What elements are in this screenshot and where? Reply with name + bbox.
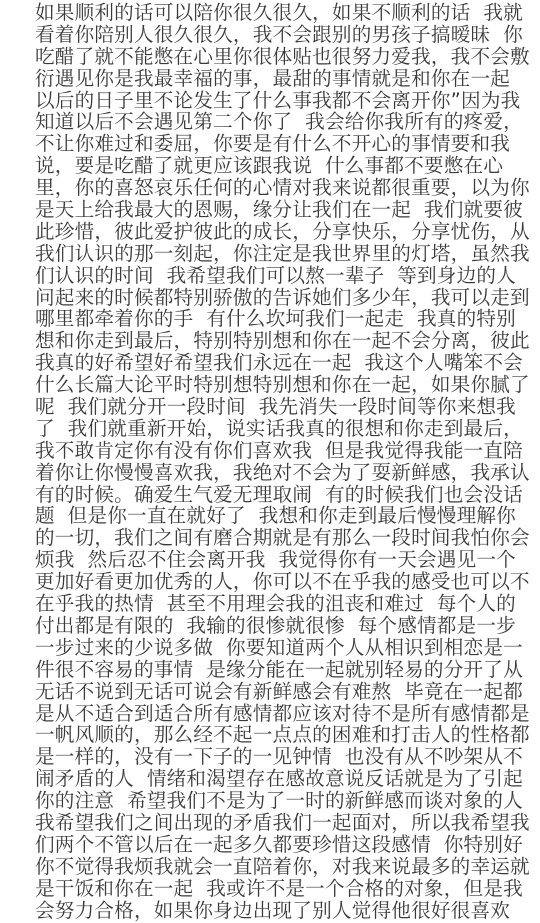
text-line: 问起来的时候都特别骄傲的告诉她们多少年，我可以走到 [35,287,540,309]
text-line: 衍遇见你是我最幸福的事，最甜的事情就是和你在一起 [35,68,540,90]
text-line: 我希望我们之间出现的矛盾我们一起面对，所以我希望我 [35,812,540,834]
text-line: 在乎我的热情 甚至不用理会我的沮丧和难过 每个人的 [35,593,540,615]
text-line: 不让你难过和委屈，你要是有什么不开心的事情要和我 [35,133,540,155]
text-document: 如果顺利的话可以陪你很久很久，如果不顺利的话 我就 看着你陪别人很久很久，我不会… [0,0,540,923]
text-line: 烦我 然后忍不住会离开我 我觉得你有一天会遇见一个 [35,549,540,571]
text-line: 们认识的时间 我希望我们可以熬一辈子 等到身边的人 [35,265,540,287]
text-line: 说，要是吃醋了就更应该跟我说 什么事都不要憋在心 [35,155,540,177]
text-line: 一步过来的少说多做 你要知道两个人从相识到相恋是一 [35,637,540,659]
text-line: 是从不适合到适合所有感情都应该对待不是所有感情都是 [35,703,540,725]
text-line: 会努力合格，如果你身边出现了别人觉得他很好很喜欢 [35,900,540,922]
text-line: 你不觉得我烦我就会一直陪着你，对我来说最多的幸运就 [35,856,540,878]
text-line: 了 我们就重新开始，说实话我真的很想和你走到最后， [35,418,540,440]
text-line: 题 但是你一直在就好了 我想和你走到最后慢慢理解你 [35,505,540,527]
text-line: 付出都是有限的 我输的很惨就很惨 每个感情都是一步 [35,615,540,637]
text-line: 更加好看更加优秀的人，你可以不在乎我的感受也可以不 [35,571,540,593]
text-line: 哪里都牵着你的手 有什么坎坷我们一起走 我真的特别 [35,308,540,330]
text-line: 是天上给我最大的恩赐，缘分让我们在一起 我们就要彼 [35,199,540,221]
text-line: 无话不说到无话可说会有新鲜感会有难熬 毕竟在一起都 [35,681,540,703]
text-line: 想和你走到最后，特别特别想和你在一起不会分离，彼此 [35,330,540,352]
text-line: 此珍惜，彼此爱护彼此的成长，分享快乐，分享忧伤，从 [35,221,540,243]
text-line: 什么长篇大论平时特别想特别想和你在一起，如果你腻了 [35,374,540,396]
text-line: 如果顺利的话可以陪你很久很久，如果不顺利的话 我就 [35,2,540,24]
text-line: 我们认识的那一刻起，你注定是我世界里的灯塔，虽然我 [35,243,540,265]
text-line: 件很不容易的事情 是缘分能在一起就别轻易的分开了从 [35,659,540,681]
text-line: 一帆风顺的，那么经不起一点点的困难和打击人的性格都 [35,724,540,746]
text-line: 闹矛盾的人 情绪和渴望存在感故意说反话就是为了引起 [35,768,540,790]
text-line: 的一切，我们之间有磨合期就是有那么一段时间我怕你会 [35,527,540,549]
text-line: 是干饭和你在一起 我或许不是一个合格的对象，但是我 [35,878,540,900]
text-line: 知道以后不会遇见第二个你了 我会给你我所有的疼爱， [35,111,540,133]
text-line: 我真的好希望好希望我们永远在一起 我这个人嘴笨不会 [35,352,540,374]
text-line: 你的注意 希望我们不是为了一时的新鲜感而谈对象的人 [35,790,540,812]
text-line: 着你让你慢慢喜欢我，我绝对不会为了耍新鲜感，我承认 [35,462,540,484]
text-line: 我不敢肯定你有没有你们喜欢我 但是我觉得我能一直陪 [35,440,540,462]
text-line: 吃醋了就不能憋在心里你很体贴也很努力爱我，我不会敷 [35,46,540,68]
text-line: 里，你的喜怒哀乐任何的心情对我来说都很重要，以为你 [35,177,540,199]
text-line: 以后的日子里不论发生了什么事我都不会离开你”因为我 [35,90,540,112]
text-line: 有的时候。确爱生气爱无理取闹 有的时候我们也会没话 [35,484,540,506]
text-line: 呢 我们就分开一段时间 我先消失一段时间等你来想我 [35,396,540,418]
text-line: 看着你陪别人很久很久，我不会跟别的男孩子搞暧昧 你 [35,24,540,46]
text-line: 是一样的，没有一下子的一见钟情 也没有从不吵架从不 [35,746,540,768]
text-line: 们两个不管以后在一起多久都要珍惜这段感情 你特别好 [35,834,540,856]
